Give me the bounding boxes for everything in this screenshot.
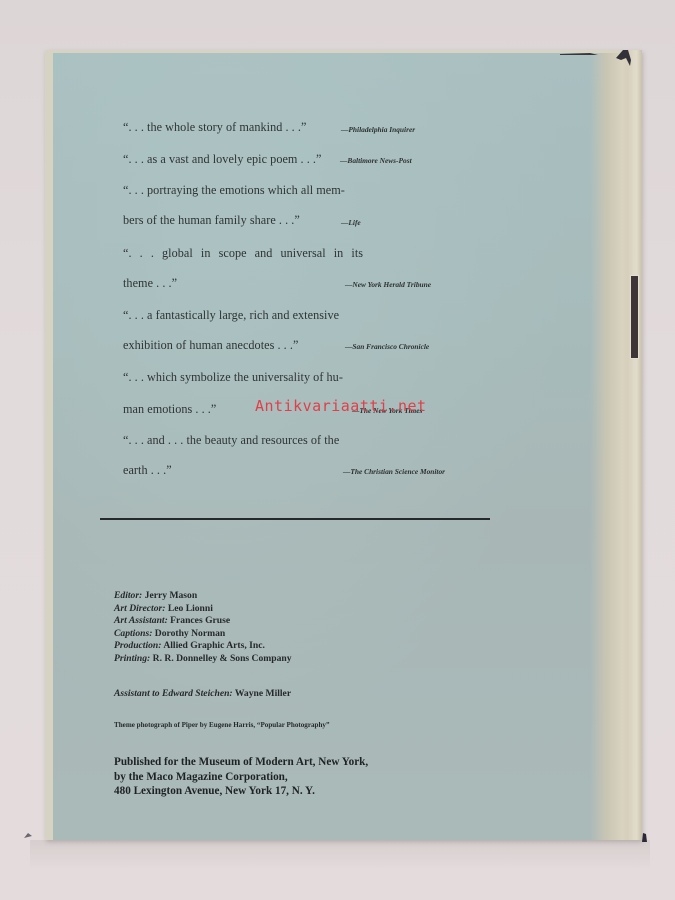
- quote-source: —New York Herald Tribune: [345, 280, 431, 289]
- credit-role: Editor:: [114, 590, 142, 601]
- credit-role: Captions:: [114, 628, 152, 639]
- quote-text: “. . . global in scope and universal in …: [123, 246, 363, 261]
- quote-text: earth . . .”: [123, 463, 172, 478]
- watermark: Antikvariaatti.net: [255, 397, 427, 415]
- quote-text: “. . . which symbolize the universality …: [123, 370, 343, 385]
- credit-name: Wayne Miller: [235, 688, 291, 699]
- credit-name: Frances Gruse: [170, 615, 230, 626]
- quote-text: exhibition of human anecdotes . . .”: [123, 338, 298, 353]
- credit-role: Art Director:: [114, 603, 165, 614]
- corner-tear-icon: [615, 48, 637, 68]
- quote-text: “. . . as a vast and lovely epic poem . …: [123, 152, 322, 167]
- credit-role: Art Assistant:: [114, 615, 168, 626]
- publisher-line: by the Maco Magazine Corporation,: [114, 770, 368, 785]
- credit-row: Captions: Dorothy Norman: [114, 628, 292, 641]
- divider-rule: [100, 518, 490, 520]
- credit-row: Editor: Jerry Mason: [114, 590, 292, 603]
- publisher-line: Published for the Museum of Modern Art, …: [114, 755, 368, 770]
- credit-name: Allied Graphic Arts, Inc.: [163, 640, 265, 651]
- quote-text: “. . . portraying the emotions which all…: [123, 183, 345, 198]
- quote-text: bers of the human family share . . .”: [123, 213, 300, 228]
- credit-name: Leo Lionni: [168, 603, 213, 614]
- cover-right-border: [628, 50, 642, 840]
- assistant-credit: Assistant to Edward Steichen: Wayne Mill…: [114, 688, 291, 699]
- table-shadow: [30, 840, 650, 870]
- credit-name: R. R. Donnelley & Sons Company: [153, 653, 292, 664]
- quote-source: —The Christian Science Monitor: [343, 467, 445, 476]
- bottom-left-tear-icon: [22, 830, 34, 840]
- top-edge-tear-icon: [560, 50, 600, 56]
- quote-source: —San Francisco Chronicle: [345, 342, 429, 351]
- credit-row: Printing: R. R. Donnelley & Sons Company: [114, 653, 292, 666]
- quote-text: “. . . and . . . the beauty and resource…: [123, 433, 339, 448]
- quote-source: —Philadelphia Inquirer: [341, 125, 415, 134]
- quote-text: “. . . a fantastically large, rich and e…: [123, 308, 339, 323]
- quote-source: —Baltimore News-Post: [340, 156, 412, 165]
- bottom-right-tear-icon: [640, 830, 648, 844]
- theme-photo-credit: Theme photograph of Piper by Eugene Harr…: [114, 721, 330, 729]
- credit-row: Production: Allied Graphic Arts, Inc.: [114, 640, 292, 653]
- credit-role: Printing:: [114, 653, 150, 664]
- credit-row: Art Assistant: Frances Gruse: [114, 615, 292, 628]
- credits-list: Editor: Jerry Mason Art Director: Leo Li…: [114, 590, 292, 666]
- spine-tape-mark: [630, 275, 639, 359]
- publisher-info: Published for the Museum of Modern Art, …: [114, 755, 368, 799]
- quote-text: man emotions . . .”: [123, 402, 216, 417]
- credit-name: Jerry Mason: [145, 590, 198, 601]
- publisher-line: 480 Lexington Avenue, New York 17, N. Y.: [114, 784, 368, 799]
- quote-source: —Life: [341, 218, 361, 227]
- quote-text: theme . . .”: [123, 276, 177, 291]
- credit-name: Dorothy Norman: [155, 628, 225, 639]
- credit-role: Production:: [114, 640, 161, 651]
- credit-role: Assistant to Edward Steichen:: [114, 688, 233, 699]
- quote-text: “. . . the whole story of mankind . . .”: [123, 120, 306, 135]
- credit-row: Art Director: Leo Lionni: [114, 603, 292, 616]
